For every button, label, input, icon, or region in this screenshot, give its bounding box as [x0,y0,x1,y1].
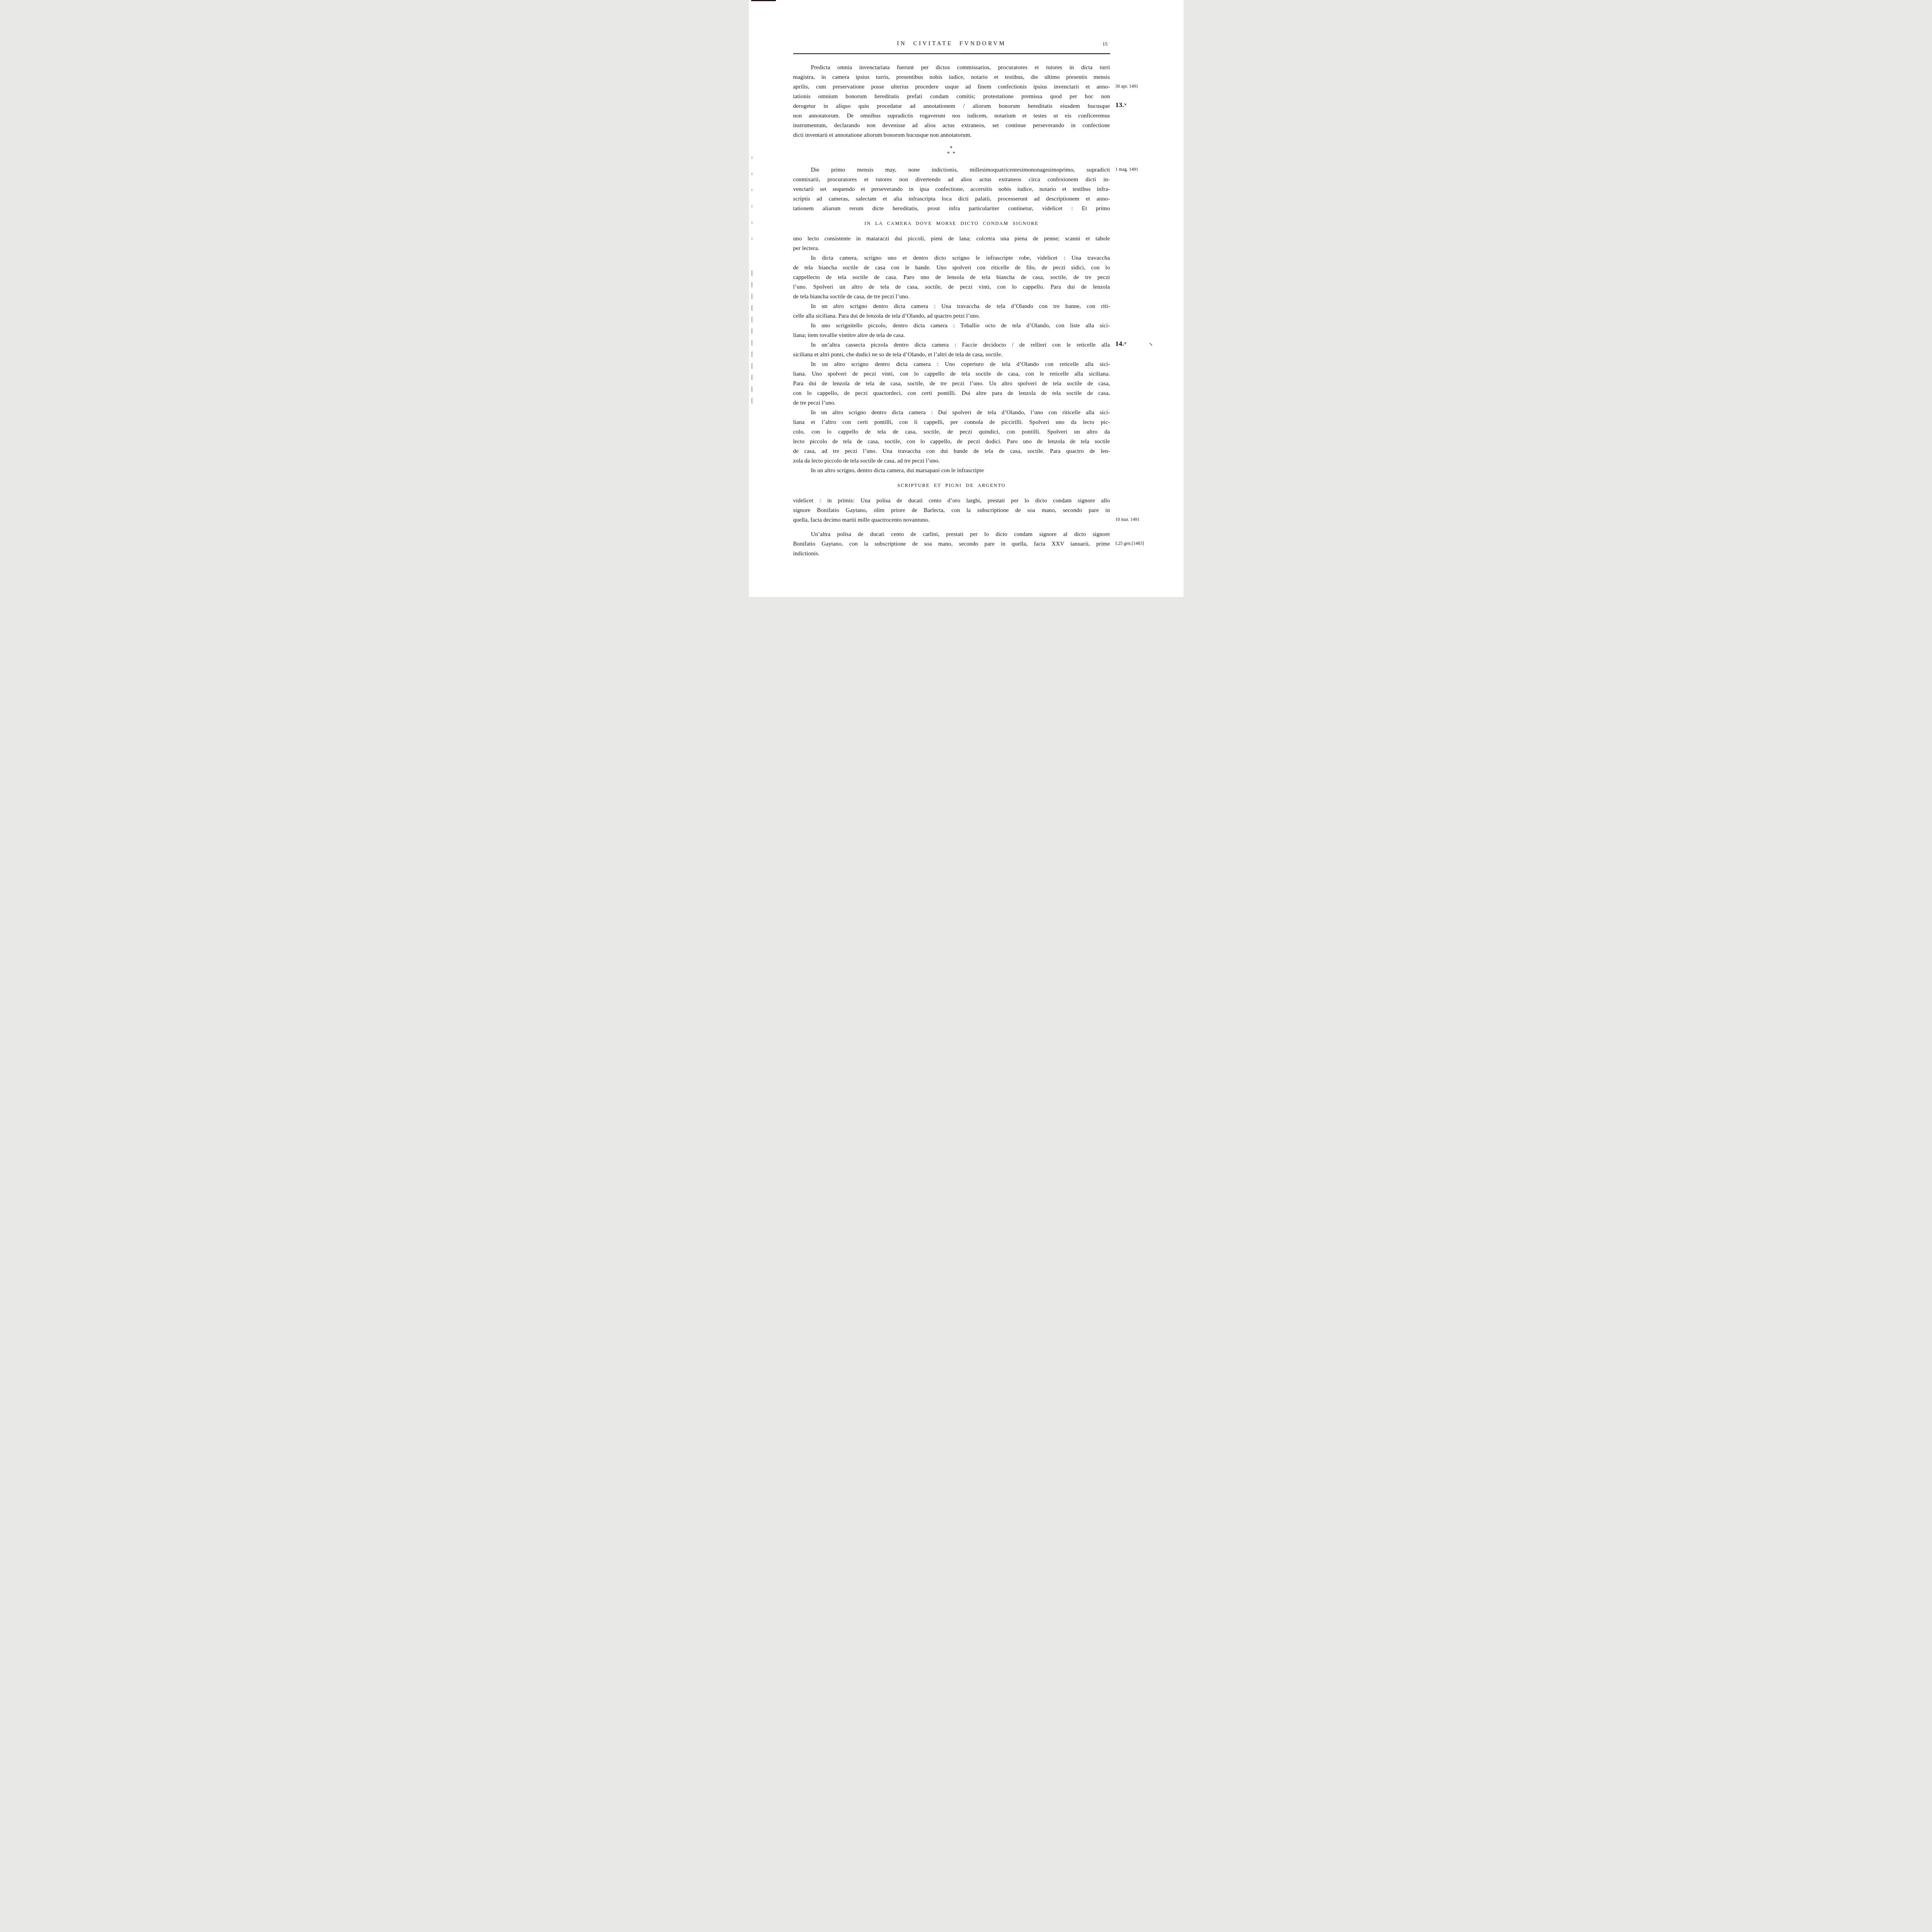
text-line-content: liana. Uno spolveri de peczi vinti, con … [793,371,1110,377]
text-line-content: celle alla siciliana. Para dui de lenzol… [793,313,980,319]
running-header: IN CIVITATE FVNDORVM 15 [793,0,1110,48]
text-line: In dicta camera, scrigno uno et dentro d… [793,253,1110,263]
text-line-content: magistra, in camera ipsius turris, prese… [793,74,1110,80]
text-line: tationis omnium bonorum hereditatis pref… [793,92,1110,102]
asterisk-row: * [793,146,1110,151]
text-line-content: de tela biancha soctile de casa con le b… [793,265,1110,271]
text-line: de tela biancha soctile de casa, de tre … [793,292,1110,302]
paragraph-7: In un’altra cassecta piczola dentro dict… [793,340,1110,360]
text-line-content: aprilis, cum preservatione posse ulteriu… [793,84,1110,90]
text-line-content: zola da lecto piccolo de tela soctile de… [793,458,940,464]
text-line: signore Bonifatio Gaytano, olim priore d… [793,506,1110,515]
text-line: celle alla siciliana. Para dui de lenzol… [793,311,1110,321]
scan-artifact [752,270,752,406]
scan-artifact [1149,343,1152,346]
margin-note-date: 30 apr. 1491 [1116,83,1139,90]
text-line: In uno scrignitello piczolo, dentro dict… [793,321,1110,331]
text-line-content: Die primo mensis may, none indictionis, … [811,167,1110,173]
text-line: de casa, ad tre peczi l’uno. Una travacc… [793,447,1110,456]
text-line-content: In un altro scrigno, dentro dicta camera… [811,468,984,474]
paragraph-9: In un altro scrigno dentro dicta camera … [793,408,1110,466]
text-line-content: per lectera. [793,245,820,252]
text-line: Bonifatio Gaytano, con la subscriptione … [793,539,1110,549]
folio-sup: r [1124,341,1126,345]
text-line: Para dui de lenzola de tela de casa, soc… [793,379,1110,389]
text-line-content: In un altro scrigno dentro dicta camera … [811,361,1110,367]
text-line: cappellecto de tela soctile de casa. Par… [793,273,1110,282]
text-line: Die primo mensis may, none indictionis, … [793,165,1110,175]
paragraph-8: In un altro scrigno dentro dicta camera … [793,360,1110,408]
text-line: conmixarii, procuratores et tutores non … [793,175,1110,185]
margin-note-date: I.25 gen.[1483] [1116,541,1144,547]
document-page: IN CIVITATE FVNDORVM 15 Predicta omnia i… [749,0,1184,597]
paragraph-3: uno lecto consistente in mataraczi dui p… [793,234,1110,253]
text-line: In un altro scrigno dentro dicta camera … [793,360,1110,369]
folio-number: 13. [1116,101,1124,109]
text-line: l’uno. Spolveri un altro de tela de casa… [793,282,1110,292]
text-line-content: Predicta omnia invenctariata fuerunt per… [811,65,1110,71]
text-column: IN CIVITATE FVNDORVM 15 Predicta omnia i… [793,0,1110,559]
folio-note: 13.v [1116,101,1127,110]
scan-artifact [751,0,776,1]
folio-number: 14. [1116,340,1124,347]
text-line: per lectera. [793,244,1110,253]
text-line-content: videlicet : in primis: Una polisa de duc… [793,498,1110,504]
section-separator: * * * [793,146,1110,157]
text-line: uno lecto consistente in mataraczi dui p… [793,234,1110,244]
text-line-content: liana et l’altro con certi pontilli, con… [793,419,1110,425]
text-line-content: cappellecto de tela soctile de casa. Par… [793,274,1110,281]
text-line: Predicta omnia invenctariata fuerunt per… [793,63,1110,73]
text-line: liana et l’altro con certi pontilli, con… [793,418,1110,427]
text-line: scriptis ad cameras, salectam et alia in… [793,194,1110,204]
text-line: Un’altra polisa de ducati cento de carli… [793,530,1110,539]
text-line-content: Un’altra polisa de ducati cento de carli… [811,531,1110,537]
text-line: In un’altra cassecta piczola dentro dict… [793,340,1110,350]
text-line-content: non annotatorum. De omnibus supradictis … [793,113,1110,119]
text-line-content: liana; item tovallie vintitre altre de t… [793,332,905,338]
text-line-content: de tela biancha soctile de casa, de tre … [793,294,910,300]
scan-artifact [752,156,752,253]
text-line-content: tationem aliarum rerum dicte hereditatis… [793,206,1110,212]
paragraph-12: Un’altra polisa de ducati cento de carli… [793,530,1110,559]
page-number: 15 [1102,40,1108,48]
paragraph-6: In uno scrignitello piczolo, dentro dict… [793,321,1110,340]
paragraph-1: Predicta omnia invenctariata fuerunt per… [793,63,1110,140]
text-line-content: conmixarii, procuratores et tutores non … [793,177,1110,183]
text-line: siciliana et altri punti, che dudici ne … [793,350,1110,360]
text-line-content: de casa, ad tre peczi l’uno. Una travacc… [793,448,1110,454]
paragraph-2: Die primo mensis may, none indictionis, … [793,165,1110,214]
text-line: videlicet : in primis: Una polisa de duc… [793,496,1110,506]
text-line-content: In un altro scrigno dentro dicta camera … [811,303,1110,310]
folio-sup: v [1124,102,1127,107]
text-line-content: siciliana et altri punti, che dudici ne … [793,352,1003,358]
text-line-content: indictionis. [793,551,820,557]
margin-note-date: 1 mag. 1491 [1116,167,1138,173]
paragraph-5: In un altro scrigno dentro dicta camera … [793,302,1110,321]
text-line-content: instrumentum, declarando non devenisse a… [793,122,1110,129]
text-line-content: signore Bonifatio Gaytano, olim priore d… [793,507,1110,514]
page-title: IN CIVITATE FVNDORVM [793,40,1110,48]
text-line-content: In dicta camera, scrigno uno et dentro d… [811,255,1110,261]
text-line-content: Para dui de lenzola de tela de casa, soc… [793,381,1110,387]
margin-note-date: 10 mar. 1491 [1116,517,1140,523]
text-line-content: venctarii set sequendo et perseverando i… [793,186,1110,192]
header-rule [793,53,1110,54]
text-line-content: Bonifatio Gaytano, con la subscriptione … [793,541,1110,547]
text-line: venctarii set sequendo et perseverando i… [793,185,1110,194]
text-line-content: In un’altra cassecta piczola dentro dict… [811,342,1110,348]
text-line-content: l’uno. Spolveri un altro de tela de casa… [793,284,1110,290]
text-line-content: tationis omnium bonorum hereditatis pref… [793,94,1110,100]
text-line-content: de tre peczi l’uno. [793,400,836,406]
text-line: zola da lecto piccolo de tela soctile de… [793,456,1110,466]
text-line-content: quella, facta decimo martii mille quactr… [793,517,930,523]
text-line-content: lecto piccolo de tela de casa, soctile, … [793,439,1110,445]
section-heading-scripture: SCRIPTURE ET PIGNI DE ARGENTO [793,482,1110,489]
text-line: non annotatorum. De omnibus supradictis … [793,111,1110,121]
text-line: liana. Uno spolveri de peczi vinti, con … [793,369,1110,379]
text-line: de tela biancha soctile de casa con le b… [793,263,1110,273]
text-line: dicti inventarii et annotatione aliorum … [793,131,1110,140]
text-line: liana; item tovallie vintitre altre de t… [793,331,1110,340]
text-line: de tre peczi l’uno. [793,398,1110,408]
paragraph-4: In dicta camera, scrigno uno et dentro d… [793,253,1110,302]
text-line: magistra, in camera ipsius turris, prese… [793,73,1110,82]
text-line-content: con lo cappello, de peczi quactordeci, c… [793,390,1110,396]
text-line: In un altro scrigno dentro dicta camera … [793,408,1110,418]
text-line: lecto piccolo de tela de casa, soctile, … [793,437,1110,447]
text-line: con lo cappello, de peczi quactordeci, c… [793,389,1110,398]
text-line-content: colo, con lo cappello de tela de casa, s… [793,429,1110,435]
text-line-content: dicti inventarii et annotatione aliorum … [793,132,972,138]
asterisk-row: * * [793,151,1110,157]
text-line-content: In uno scrignitello piczolo, dentro dict… [811,323,1110,329]
text-line-content: In un altro scrigno dentro dicta camera … [811,410,1110,416]
text-line-content: derogetur in aliquo quin procedatur ad a… [793,103,1110,109]
text-line-content: scriptis ad cameras, salectam et alia in… [793,196,1110,202]
folio-note: 14.r [1116,340,1127,349]
text-line: tationem aliarum rerum dicte hereditatis… [793,204,1110,214]
text-line: derogetur in aliquo quin procedatur ad a… [793,102,1110,111]
text-line: In un altro scrigno dentro dicta camera … [793,302,1110,311]
text-line: instrumentum, declarando non devenisse a… [793,121,1110,131]
text-line: quella, facta decimo martii mille quactr… [793,515,1110,525]
paragraph-10: In un altro scrigno, dentro dicta camera… [793,466,1110,476]
section-heading-camera: IN LA CAMERA DOVE MORSE DICTO CONDAM SIG… [793,220,1110,227]
text-line: aprilis, cum preservatione posse ulteriu… [793,82,1110,92]
text-line: indictionis. [793,549,1110,559]
text-line-content: uno lecto consistente in mataraczi dui p… [793,236,1110,242]
text-line: colo, con lo cappello de tela de casa, s… [793,427,1110,437]
paragraph-11: videlicet : in primis: Una polisa de duc… [793,496,1110,525]
text-line: In un altro scrigno, dentro dicta camera… [793,466,1110,476]
